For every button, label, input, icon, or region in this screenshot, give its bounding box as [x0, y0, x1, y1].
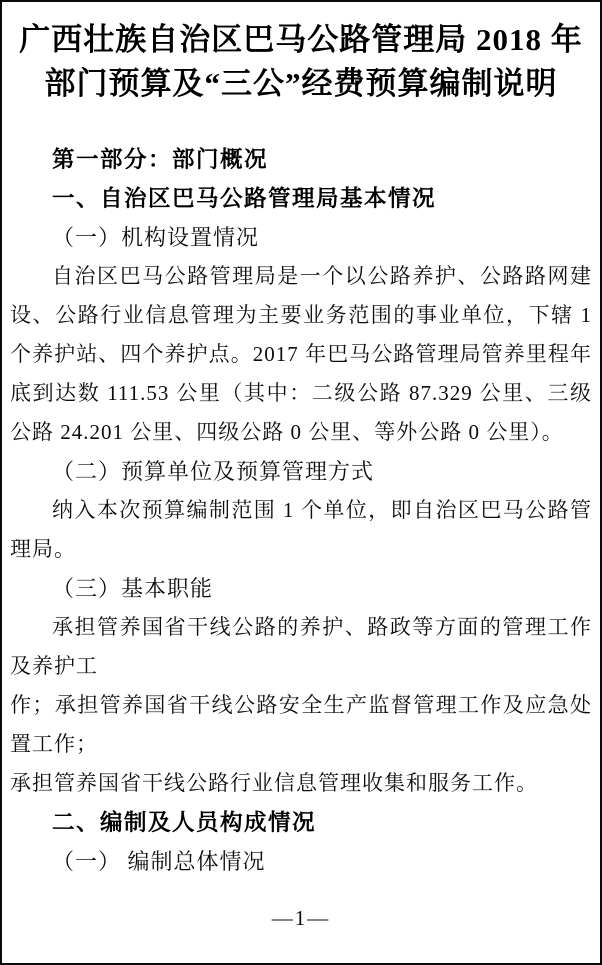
body-line: 纳入本次预算编制范围 1 个单位，即自治区巴马公路管 — [10, 491, 592, 530]
document-title-line-1: 广西壮族自治区巴马公路管理局 2018 年 — [10, 18, 592, 62]
body-line: 承担管养国省干线公路行业信息管理收集和服务工作。 — [10, 764, 592, 803]
section-heading-staffing: 二、编制及人员构成情况 — [10, 803, 592, 842]
document-page: 广西壮族自治区巴马公路管理局 2018 年 部门预算及“三公”经费预算编制说明 … — [0, 0, 602, 965]
sub-heading-basic-functions: （三）基本职能 — [10, 569, 592, 608]
page-number: —1— — [10, 899, 592, 938]
body-line: 承担管养国省干线公路的养护、路政等方面的管理工作 — [10, 608, 592, 647]
body-line: 置工作； — [10, 725, 592, 764]
body-line: 理局。 — [10, 530, 592, 569]
body-line: 公路 24.201 公里、四级公路 0 公里、等外公路 0 公里）。 — [10, 413, 592, 452]
body-line: 个养护站、四个养护点。2017 年巴马公路管理局管养里程年 — [10, 335, 592, 374]
sub-heading-institution-setup: （一）机构设置情况 — [10, 218, 592, 257]
body-line: 及养护工 — [10, 647, 592, 686]
sub-heading-staffing-overview: （一） 编制总体情况 — [10, 842, 592, 881]
body-line: 设、公路行业信息管理为主要业务范围的事业单位，下辖 1 — [10, 296, 592, 335]
document-body: 第一部分：部门概况 一、自治区巴马公路管理局基本情况 （一）机构设置情况 自治区… — [10, 140, 592, 881]
section-heading-basic-situation: 一、自治区巴马公路管理局基本情况 — [10, 179, 592, 218]
document-title-line-2: 部门预算及“三公”经费预算编制说明 — [10, 62, 592, 106]
body-line: 自治区巴马公路管理局是一个以公路养护、公路路网建 — [10, 257, 592, 296]
body-line: 底到达数 111.53 公里（其中：二级公路 87.329 公里、三级 — [10, 374, 592, 413]
body-line: 作；承担管养国省干线公路安全生产监督管理工作及应急处 — [10, 686, 592, 725]
document-title: 广西壮族自治区巴马公路管理局 2018 年 部门预算及“三公”经费预算编制说明 — [10, 18, 592, 106]
sub-heading-budget-units: （二）预算单位及预算管理方式 — [10, 452, 592, 491]
section-heading-part-one: 第一部分：部门概况 — [10, 140, 592, 179]
